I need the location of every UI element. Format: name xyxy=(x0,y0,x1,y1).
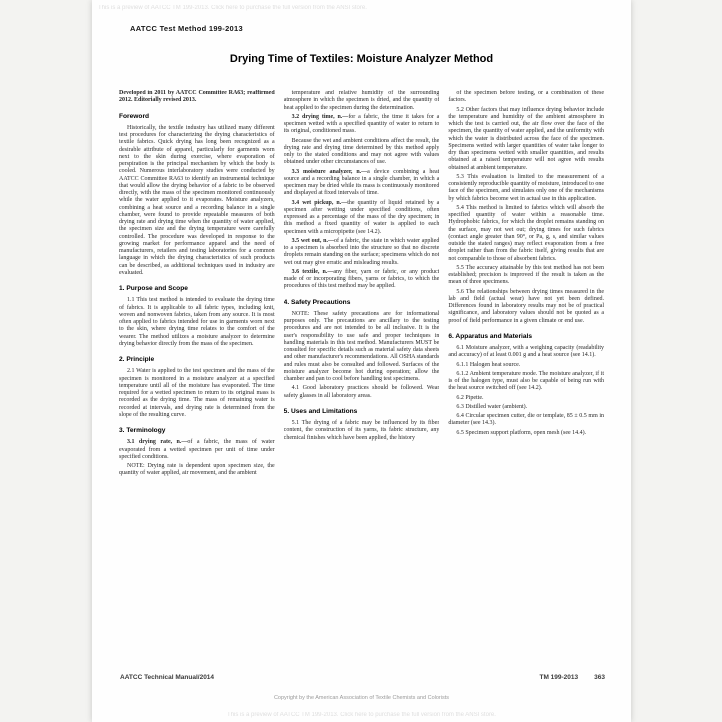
body-paragraph: 6.4 Circular specimen cutter, die or tem… xyxy=(448,413,604,428)
section-heading: 4. Safety Precautions xyxy=(284,299,440,306)
section-heading: Foreword xyxy=(119,113,275,120)
section-heading: 2. Principle xyxy=(119,356,275,363)
development-history-note: Developed in 2011 by AATCC Committee RA6… xyxy=(119,90,275,105)
body-paragraph: Because the wet and ambient conditions a… xyxy=(284,138,440,167)
body-paragraph: 5.2 Other factors that may influence dry… xyxy=(448,107,604,172)
copyright-line: Copyright by the American Association of… xyxy=(92,695,631,701)
definition-term: 3.5 wet out, n.— xyxy=(292,238,334,244)
preview-watermark-bottom: This is a preview of AATCC TM 199-2013. … xyxy=(227,712,496,718)
document-page: This is a preview of AATCC TM 199-2013. … xyxy=(92,0,631,722)
body-paragraph: 2.1 Water is applied to the test specime… xyxy=(119,368,275,419)
body-paragraph: 5.3 This evaluation is limited to the me… xyxy=(448,174,604,203)
body-paragraph: 3.6 textile, n.—any fiber, yarn or fabri… xyxy=(284,269,440,291)
footer-tm-ref: TM 199-2013 xyxy=(539,674,578,681)
definition-term: 3.3 moisture analyzer, n.— xyxy=(292,169,367,175)
section-heading: 3. Terminology xyxy=(119,427,275,434)
body-paragraph: 4.1 Good laboratory practices should be … xyxy=(284,385,440,400)
screenshot-root: { "page": { "doc_ref": "AATCC Test Metho… xyxy=(0,0,722,722)
section-heading: 5. Uses and Limitations xyxy=(284,408,440,415)
body-columns: Developed in 2011 by AATCC Committee RA6… xyxy=(119,90,604,668)
column-3: of the specimen before testing, or a com… xyxy=(448,90,604,668)
body-paragraph: 5.5 The accuracy attainable by this test… xyxy=(448,265,604,287)
body-paragraph: 3.4 wet pickup, n.—the quantity of liqui… xyxy=(284,200,440,236)
section-heading: 1. Purpose and Scope xyxy=(119,285,275,292)
body-paragraph: 5.4 This method is limited to fabrics wh… xyxy=(448,205,604,263)
body-paragraph: 6.2 Pipette. xyxy=(448,395,604,402)
body-paragraph: 6.1 Moisture analyzer, with a weighing c… xyxy=(448,345,604,360)
page-title: Drying Time of Textiles: Moisture Analyz… xyxy=(92,53,631,65)
footer-right: TM 199-2013 363 xyxy=(539,674,605,681)
preview-watermark-top: This is a preview of AATCC TM 199-2013. … xyxy=(98,5,367,11)
footer-manual-ref: AATCC Technical Manual/2014 xyxy=(120,674,214,681)
body-paragraph: NOTE: Drying rate is dependent upon spec… xyxy=(119,463,275,478)
body-paragraph: 6.5 Specimen support platform, open mesh… xyxy=(448,430,604,437)
definition-term: 3.2 drying time, n.— xyxy=(292,114,349,120)
body-paragraph: of the specimen before testing, or a com… xyxy=(448,90,604,105)
footer-page-number: 363 xyxy=(594,674,605,681)
section-heading: 6. Apparatus and Materials xyxy=(448,333,604,340)
doc-reference: AATCC Test Method 199-2013 xyxy=(130,24,243,33)
column-2: temperature and relative humidity of the… xyxy=(284,90,440,668)
body-paragraph: 3.2 drying time, n.—for a fabric, the ti… xyxy=(284,114,440,136)
body-paragraph: 3.1 drying rate, n.—of a fabric, the mas… xyxy=(119,439,275,461)
body-paragraph: temperature and relative humidity of the… xyxy=(284,90,440,112)
body-paragraph: 6.3 Distilled water (ambient). xyxy=(448,404,604,411)
body-paragraph: Historically, the textile industry has u… xyxy=(119,125,275,277)
body-paragraph: NOTE: These safety precautions are for i… xyxy=(284,311,440,384)
body-paragraph: 3.3 moisture analyzer, n.—a device combi… xyxy=(284,169,440,198)
definition-term: 3.6 textile, n.— xyxy=(292,269,334,275)
column-1: Developed in 2011 by AATCC Committee RA6… xyxy=(119,90,275,668)
body-paragraph: 5.1 The drying of a fabric may be influe… xyxy=(284,420,440,442)
body-paragraph: 5.6 The relationships between drying tim… xyxy=(448,289,604,325)
body-paragraph: 6.1.1 Halogen heat source. xyxy=(448,362,604,369)
body-paragraph: 1.1 This test method is intended to eval… xyxy=(119,297,275,348)
definition-term: 3.1 drying rate, n.— xyxy=(127,439,187,445)
body-paragraph: 6.1.2 Ambient temperature mode. The mois… xyxy=(448,371,604,393)
definition-term: 3.4 wet pickup, n.— xyxy=(292,200,348,206)
body-paragraph: 3.5 wet out, n.—of a fabric, the state i… xyxy=(284,238,440,267)
